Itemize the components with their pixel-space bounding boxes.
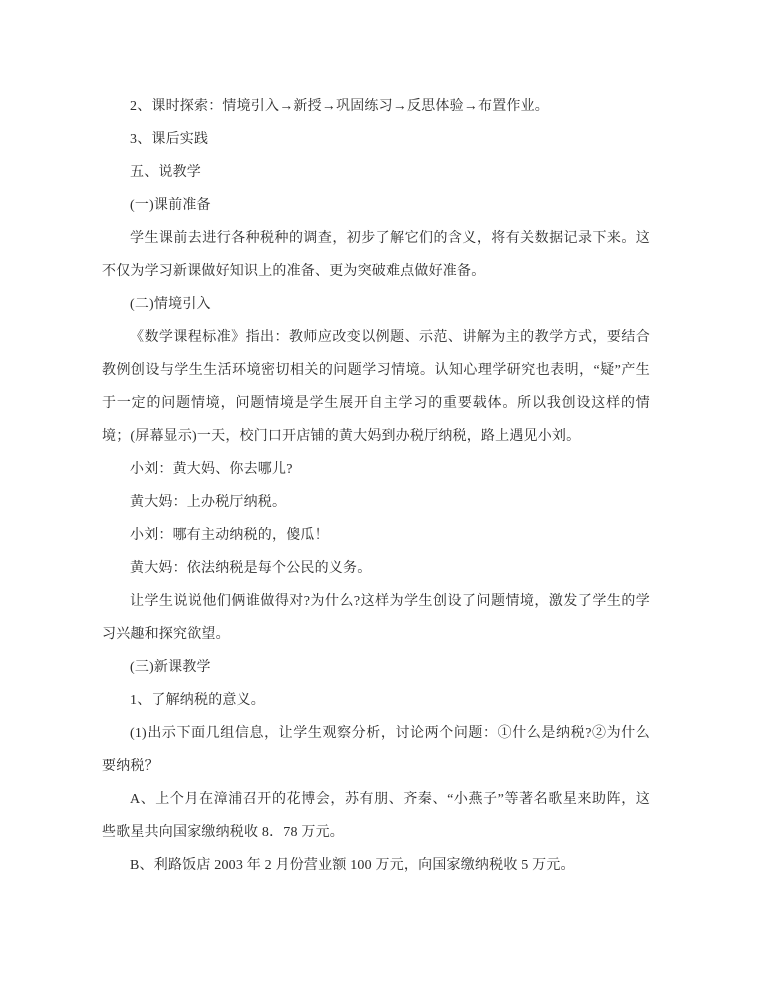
- paragraph-item-b: B、利路饭店 2003 年 2 月份营业额 100 万元，向国家缴纳税收 5 万…: [102, 849, 650, 882]
- paragraph-lesson-flow: 2、课时探索：情境引入→新授→巩固练习→反思体验→布置作业。: [102, 90, 650, 123]
- heading-situation-intro: (二)情境引入: [102, 288, 650, 321]
- heading-new-lesson: (三)新课教学: [102, 651, 650, 684]
- heading-section-five: 五、说教学: [102, 156, 650, 189]
- dialogue-xiaoliu-1: 小刘：黄大妈、你去哪儿?: [102, 453, 650, 486]
- dialogue-huangdama-1: 黄大妈：上办税厅纳税。: [102, 486, 650, 519]
- document-page: 2、课时探索：情境引入→新授→巩固练习→反思体验→布置作业。 3、课后实践 五、…: [0, 0, 770, 1000]
- paragraph-discussion: 让学生说说他们俩谁做得对?为什么?这样为学生创设了问题情境，激发了学生的学习兴趣…: [102, 585, 650, 651]
- dialogue-huangdama-2: 黄大妈：依法纳税是每个公民的义务。: [102, 552, 650, 585]
- paragraph-item-a: A、上个月在漳浦召开的花博会，苏有朋、齐秦、“小燕子”等著名歌星来助阵，这些歌星…: [102, 783, 650, 849]
- dialogue-xiaoliu-2: 小刘：哪有主动纳税的，傻瓜！: [102, 519, 650, 552]
- paragraph-info-groups: (1)出示下面几组信息，让学生观察分析，讨论两个问题：①什么是纳税?②为什么要纳…: [102, 717, 650, 783]
- heading-pre-class-prep: (一)课前准备: [102, 189, 650, 222]
- paragraph-tax-meaning: 1、了解纳税的意义。: [102, 684, 650, 717]
- paragraph-pre-class-prep: 学生课前去进行各种税种的调查，初步了解它们的含义，将有关数据记录下来。这不仅为学…: [102, 222, 650, 288]
- paragraph-curriculum-standard: 《数学课程标准》指出：教师应改变以例题、示范、讲解为主的教学方式，要结合教例创设…: [102, 321, 650, 453]
- paragraph-after-class: 3、课后实践: [102, 123, 650, 156]
